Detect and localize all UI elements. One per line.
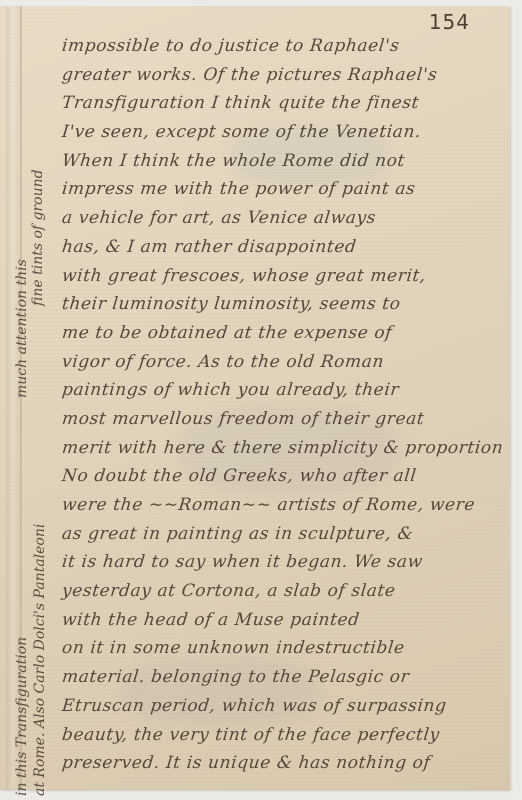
scanned-document: 154 much attention this fine tints of gr… [0,0,522,800]
text-line: When I think the whole Rome did not [60,147,503,176]
text-line: impress me with the power of paint as [60,175,503,204]
margin-note: at Rome. Also Carlo Dolci's Pantaleoni [32,524,48,796]
text-line: paintings of which you already, their [60,376,503,405]
text-line: Etruscan period, which was of surpassing [60,692,503,721]
text-line: yesterday at Cortona, a slab of slate [60,577,503,606]
text-line: No doubt the old Greeks, who after all [60,462,503,491]
text-line: impossible to do justice to Raphael's [60,32,503,61]
manuscript-page: 154 much attention this fine tints of gr… [0,6,510,790]
margin-note: fine tints of ground [30,169,46,306]
manuscript-body: impossible to do justice to Raphael's gr… [62,32,502,778]
margin-note: much attention this [14,259,30,398]
text-line: greater works. Of the pictures Raphael's [60,61,503,90]
text-line: with great frescoes, whose great merit, [60,262,503,291]
text-line: me to be obtained at the expense of [60,319,503,348]
text-line: with the head of a Muse painted [60,606,503,635]
margin-note: in this Transfiguration [14,637,30,796]
text-line: preserved. It is unique & has nothing of [60,749,503,778]
text-line: vigor of force. As to the old Roman [60,348,503,377]
text-line: their luminosity luminosity, seems to [60,290,503,319]
text-line: on it in some unknown indestructible [60,634,503,663]
text-line: has, & I am rather disappointed [60,233,503,262]
text-line: merit with here & there simplicity & pro… [60,434,503,463]
text-line: it is hard to say when it began. We saw [60,548,503,577]
text-line: most marvellous freedom of their great [60,405,503,434]
text-line: as great in painting as in sculpture, & [60,520,503,549]
text-line: material. belonging to the Pelasgic or [60,663,503,692]
text-line: beauty, the very tint of the face perfec… [60,721,503,750]
page-number: 154 [429,10,470,34]
text-line: I've seen, except some of the Venetian. [60,118,503,147]
text-line: Transfiguration I think quite the finest [60,89,503,118]
text-line: were the ~~Roman~~ artists of Rome, were [60,491,503,520]
text-line: a vehicle for art, as Venice always [60,204,503,233]
